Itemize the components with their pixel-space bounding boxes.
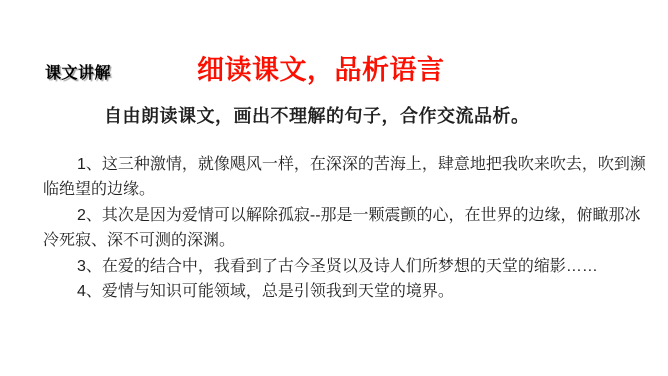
excerpt-3-line-1: 3、在爱的结合中，我看到了古今圣贤以及诗人们所梦想的天堂的缩影…… xyxy=(43,254,618,279)
slide-title: 细读课文，品析语言 xyxy=(197,48,445,87)
activity-instruction: 自由朗读课文，画出不理解的句子，合作交流品析。 xyxy=(104,102,530,128)
excerpt-2-line-2: 冷死寂、深不可测的深渊。 xyxy=(43,228,618,253)
excerpt-1-line-1: 1、这三种激情，就像飓风一样，在深深的苦海上，肆意地把我吹来吹去，吹到濒 xyxy=(43,152,618,177)
excerpt-4-line-1: 4、爱情与知识可能领域，总是引领我到天堂的境界。 xyxy=(43,279,618,304)
excerpt-1-line-2: 临绝望的边缘。 xyxy=(43,177,618,202)
lesson-section-tag: 课文讲解 xyxy=(45,60,111,83)
presentation-slide: 课文讲解 细读课文，品析语言 自由朗读课文，画出不理解的句子，合作交流品析。 1… xyxy=(0,0,668,376)
excerpt-list: 1、这三种激情，就像飓风一样，在深深的苦海上，肆意地把我吹来吹去，吹到濒 临绝望… xyxy=(43,152,618,304)
excerpt-2-line-1: 2、其次是因为爱情可以解除孤寂--那是一颗震颤的心，在世界的边缘，俯瞰那冰 xyxy=(43,203,618,228)
